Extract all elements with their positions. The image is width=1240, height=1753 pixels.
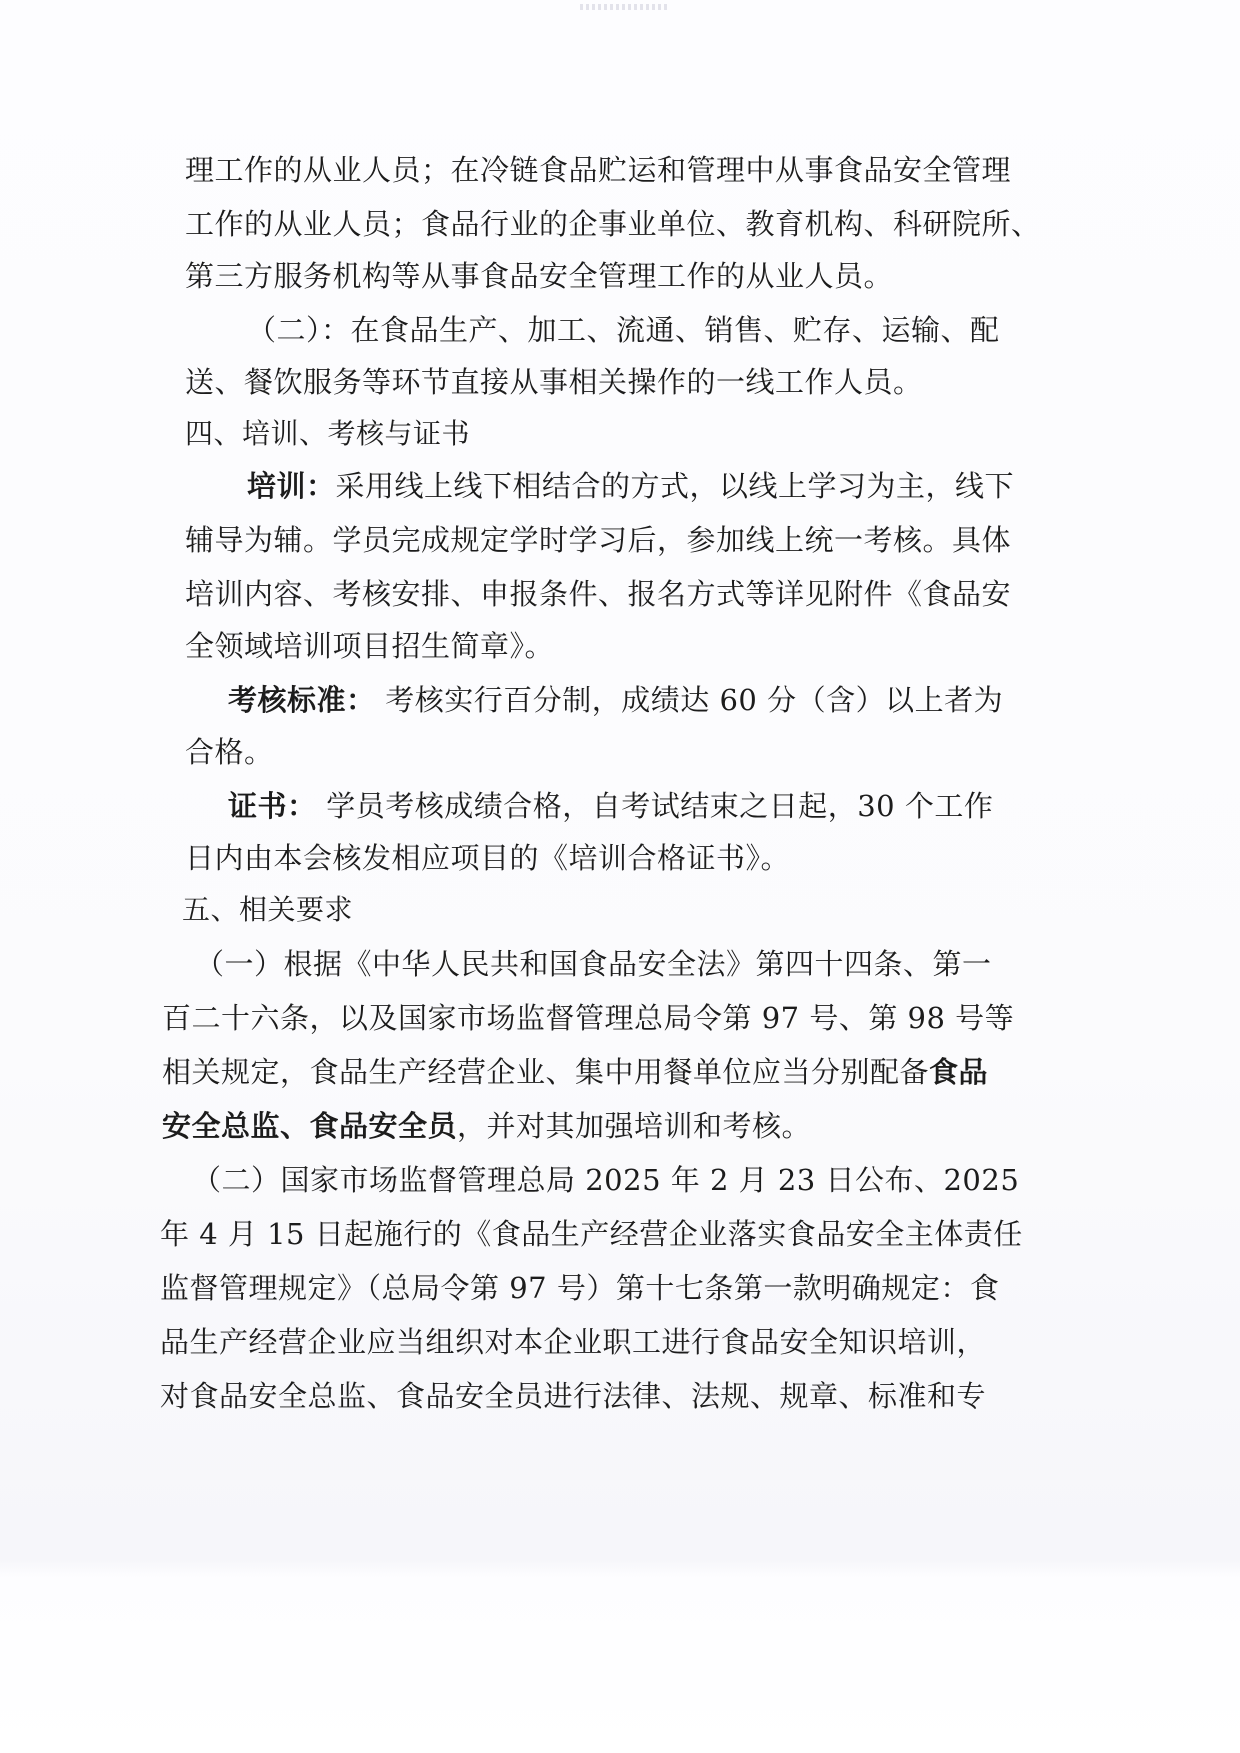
emphasis-text: 安全总监、食品安全员 bbox=[162, 1109, 457, 1143]
section-heading-5: 五、相关要求 bbox=[182, 892, 353, 928]
section-heading-4: 四、培训、考核与证书 bbox=[185, 416, 470, 452]
training-text: 采用线上线下相结合的方式，以线上学习为主，线下 bbox=[336, 469, 1015, 503]
body-line: 第三方服务机构等从事食品安全管理工作的从业人员。 bbox=[185, 258, 893, 294]
certificate-paragraph-line: 证书： 学员考核成绩合格，自考试结束之日起，30 个工作 bbox=[228, 788, 993, 824]
body-line: 百二十六条，以及国家市场监督管理总局令第 97 号、第 98 号等 bbox=[162, 1000, 1014, 1036]
training-label: 培训： bbox=[247, 469, 336, 503]
body-line: （一）根据《中华人民共和国食品安全法》第四十四条、第一 bbox=[195, 946, 992, 982]
body-line: 工作的从业人员；食品行业的企事业单位、教育机构、科研院所、 bbox=[185, 206, 1041, 242]
body-line: 相关规定，食品生产经营企业、集中用餐单位应当分别配备食品 bbox=[162, 1054, 988, 1090]
body-line: 日内由本会核发相应项目的《培训合格证书》。 bbox=[185, 840, 790, 876]
scan-mark bbox=[580, 4, 670, 10]
body-line: 培训内容、考核安排、申报条件、报名方式等详见附件《食品安 bbox=[185, 576, 1011, 612]
certificate-label: 证书： bbox=[228, 789, 317, 823]
body-line: 安全总监、食品安全员，并对其加强培训和考核。 bbox=[162, 1108, 811, 1144]
body-line: 全领域培训项目招生简章》。 bbox=[185, 628, 554, 664]
body-line: 送、餐饮服务等环节直接从事相关操作的一线工作人员。 bbox=[185, 364, 923, 400]
body-line: 对食品安全总监、食品安全员进行法律、法规、规章、标准和专 bbox=[160, 1378, 986, 1414]
standard-paragraph-line: 考核标准： 考核实行百分制，成绩达 60 分（含）以上者为 bbox=[228, 682, 1003, 718]
body-line: 品生产经营企业应当组织对本企业职工进行食品安全知识培训， bbox=[160, 1324, 986, 1360]
standard-text: 考核实行百分制，成绩达 60 分（含）以上者为 bbox=[376, 683, 1004, 717]
certificate-text: 学员考核成绩合格，自考试结束之日起，30 个工作 bbox=[317, 789, 994, 823]
body-text: ，并对其加强培训和考核。 bbox=[457, 1109, 811, 1143]
emphasis-text: 食品 bbox=[929, 1055, 988, 1089]
body-line: 年 4 月 15 日起施行的《食品生产经营企业落实食品安全主体责任 bbox=[160, 1216, 1023, 1252]
body-line: （二）国家市场监督管理总局 2025 年 2 月 23 日公布、2025 bbox=[192, 1162, 1019, 1198]
standard-label: 考核标准： bbox=[228, 683, 376, 717]
body-line: 理工作的从业人员；在冷链食品贮运和管理中从事食品安全管理 bbox=[185, 152, 1011, 188]
body-line: 监督管理规定》（总局令第 97 号）第十七条第一款明确规定：食 bbox=[160, 1270, 999, 1306]
body-line: （二）：在食品生产、加工、流通、销售、贮存、运输、配 bbox=[247, 312, 1000, 348]
body-text: 相关规定，食品生产经营企业、集中用餐单位应当分别配备 bbox=[162, 1055, 929, 1089]
training-paragraph-line: 培训：采用线上线下相结合的方式，以线上学习为主，线下 bbox=[247, 468, 1014, 504]
body-line: 辅导为辅。学员完成规定学时学习后，参加线上统一考核。具体 bbox=[185, 522, 1011, 558]
body-line: 合格。 bbox=[185, 734, 274, 770]
document-page: 理工作的从业人员；在冷链食品贮运和管理中从事食品安全管理 工作的从业人员；食品行… bbox=[0, 0, 1240, 1753]
